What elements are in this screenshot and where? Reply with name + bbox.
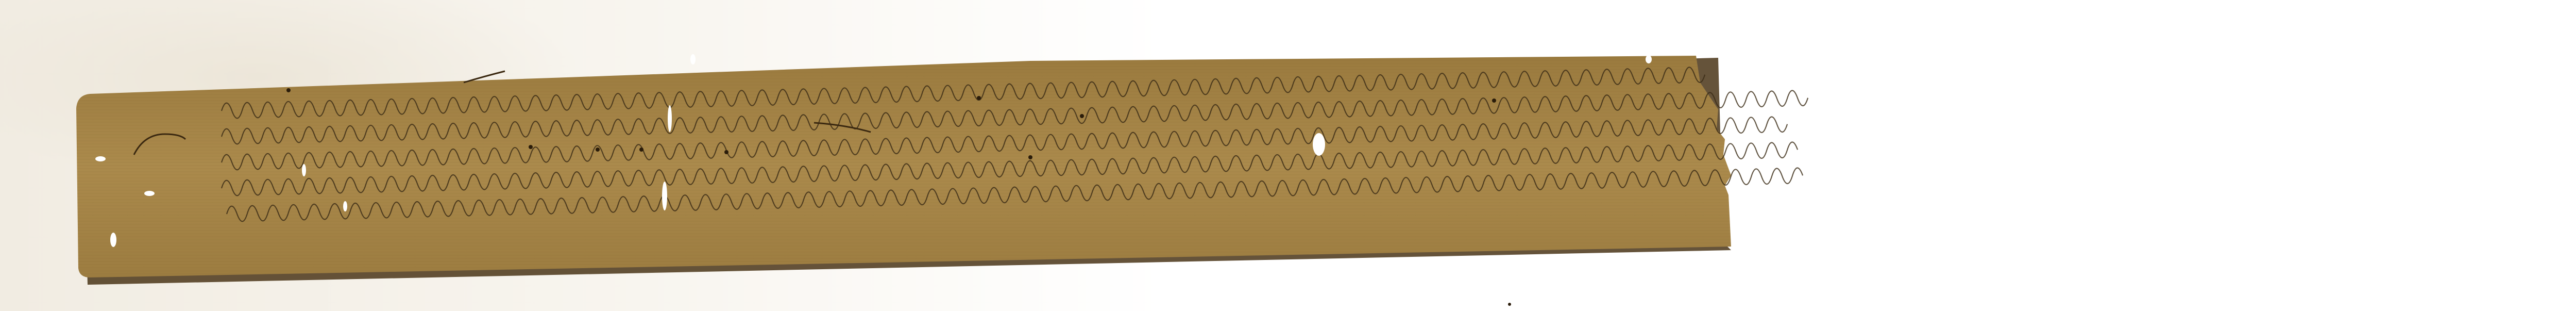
manuscript-photo: Palm-leaf manuscript folio <box>0 0 2576 311</box>
palm-leaf-illustration <box>0 0 2576 311</box>
string-hole <box>1313 133 1325 156</box>
